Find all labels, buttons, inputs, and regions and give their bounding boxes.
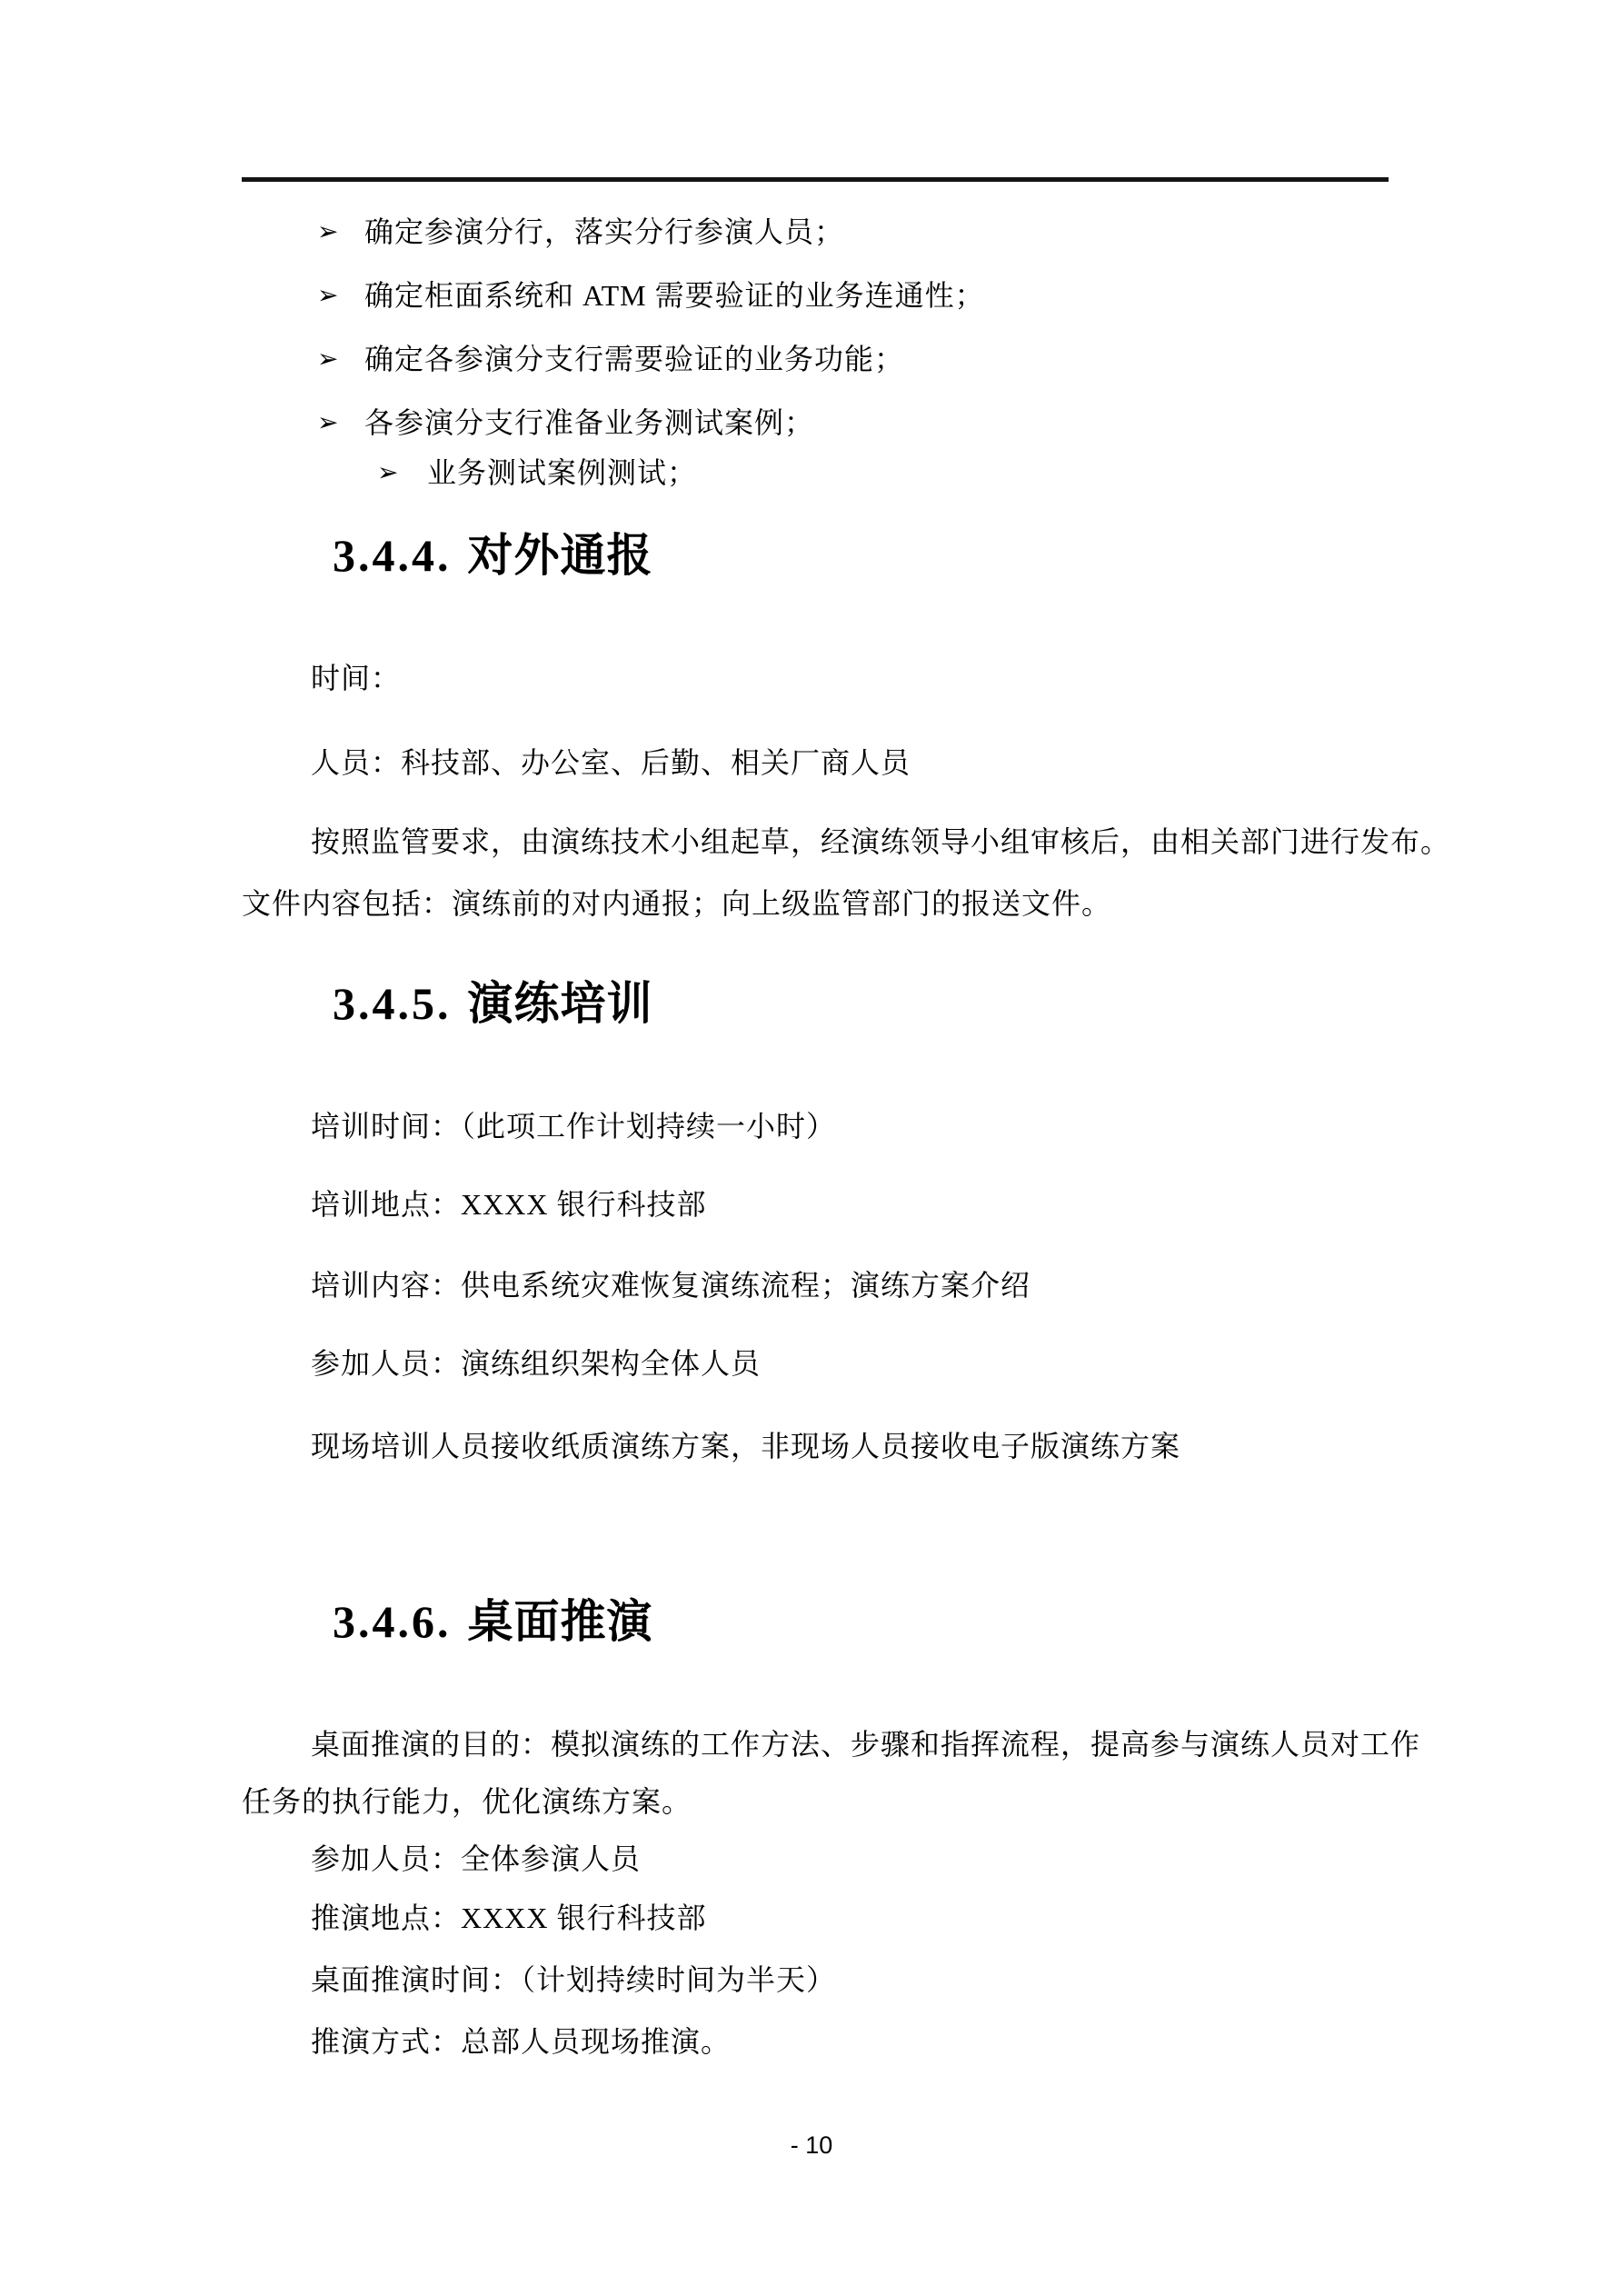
body-line: 推演地点：XXXX 银行科技部 <box>242 1900 706 1936</box>
bullet-text: 确定参演分行，落实分行参演人员； <box>364 215 844 248</box>
section-heading-3-4-4: 3.4.4.对外通报 <box>333 529 653 582</box>
paragraph-line: 任务的执行能力，优化演练方案。 <box>242 1783 692 1820</box>
paragraph-line: 桌面推演的目的：模拟演练的工作方法、步骤和指挥流程，提高参与演练人员对工作 <box>242 1726 1420 1762</box>
bullet-arrow-icon: ➢ <box>317 215 364 251</box>
section-heading-3-4-5: 3.4.5.演练培训 <box>333 977 653 1030</box>
body-line: 参加人员：全体参演人员 <box>242 1841 641 1877</box>
paragraph-line: 文件内容包括：演练前的对内通报；向上级监管部门的报送文件。 <box>242 885 1111 922</box>
document-page: ➢确定参演分行，落实分行参演人员； ➢确定柜面系统和 ATM 需要验证的业务连通… <box>0 0 1623 2296</box>
body-line: 现场培训人员接收纸质演练方案，非现场人员接收电子版演练方案 <box>242 1428 1180 1464</box>
body-line: 培训时间：（此项工作计划持续一小时） <box>242 1108 836 1144</box>
body-line: 桌面推演时间：（计划持续时间为半天） <box>242 1962 836 1998</box>
body-line: 人员：科技部、办公室、后勤、相关厂商人员 <box>242 744 911 781</box>
body-line: 时间： <box>242 660 401 696</box>
body-line: 培训地点：XXXX 银行科技部 <box>242 1186 706 1223</box>
bullet-arrow-icon: ➢ <box>317 278 364 314</box>
bullet-text: 业务测试案例测试； <box>427 456 697 489</box>
bullet-item-nested: ➢业务测试案例测试； <box>242 454 697 494</box>
bullet-text: 确定各参演分支行需要验证的业务功能； <box>364 343 904 375</box>
bullet-item: ➢确定各参演分支行需要验证的业务功能； <box>242 341 904 380</box>
bullet-arrow-icon: ➢ <box>317 405 364 442</box>
body-line: 参加人员：演练组织架构全体人员 <box>242 1345 761 1382</box>
page-number: - 10 <box>0 2131 1623 2160</box>
document-content: ➢确定参演分行，落实分行参演人员； ➢确定柜面系统和 ATM 需要验证的业务连通… <box>242 0 1389 2296</box>
section-title: 对外通报 <box>468 530 653 581</box>
bullet-arrow-icon: ➢ <box>317 342 364 378</box>
section-number: 3.4.5. <box>333 978 452 1029</box>
body-line: 推演方式：总部人员现场推演。 <box>242 2023 731 2060</box>
bullet-item: ➢确定柜面系统和 ATM 需要验证的业务连通性； <box>242 277 985 316</box>
section-heading-3-4-6: 3.4.6.桌面推演 <box>333 1595 653 1648</box>
body-line: 培训内容：供电系统灾难恢复演练流程；演练方案介绍 <box>242 1267 1031 1303</box>
bullet-text: 确定柜面系统和 ATM 需要验证的业务连通性； <box>364 279 985 312</box>
section-number: 3.4.4. <box>333 530 452 581</box>
bullet-item: ➢各参演分支行准备业务测试案例； <box>242 404 814 444</box>
paragraph-line: 按照监管要求，由演练技术小组起草，经演练领导小组审核后，由相关部门进行发布。 <box>242 824 1450 860</box>
section-title: 桌面推演 <box>468 1596 653 1647</box>
bullet-arrow-icon: ➢ <box>377 455 427 492</box>
section-number: 3.4.6. <box>333 1596 452 1647</box>
bullet-text: 各参演分支行准备业务测试案例； <box>364 406 814 439</box>
section-title: 演练培训 <box>468 978 653 1029</box>
bullet-item: ➢确定参演分行，落实分行参演人员； <box>242 214 844 253</box>
